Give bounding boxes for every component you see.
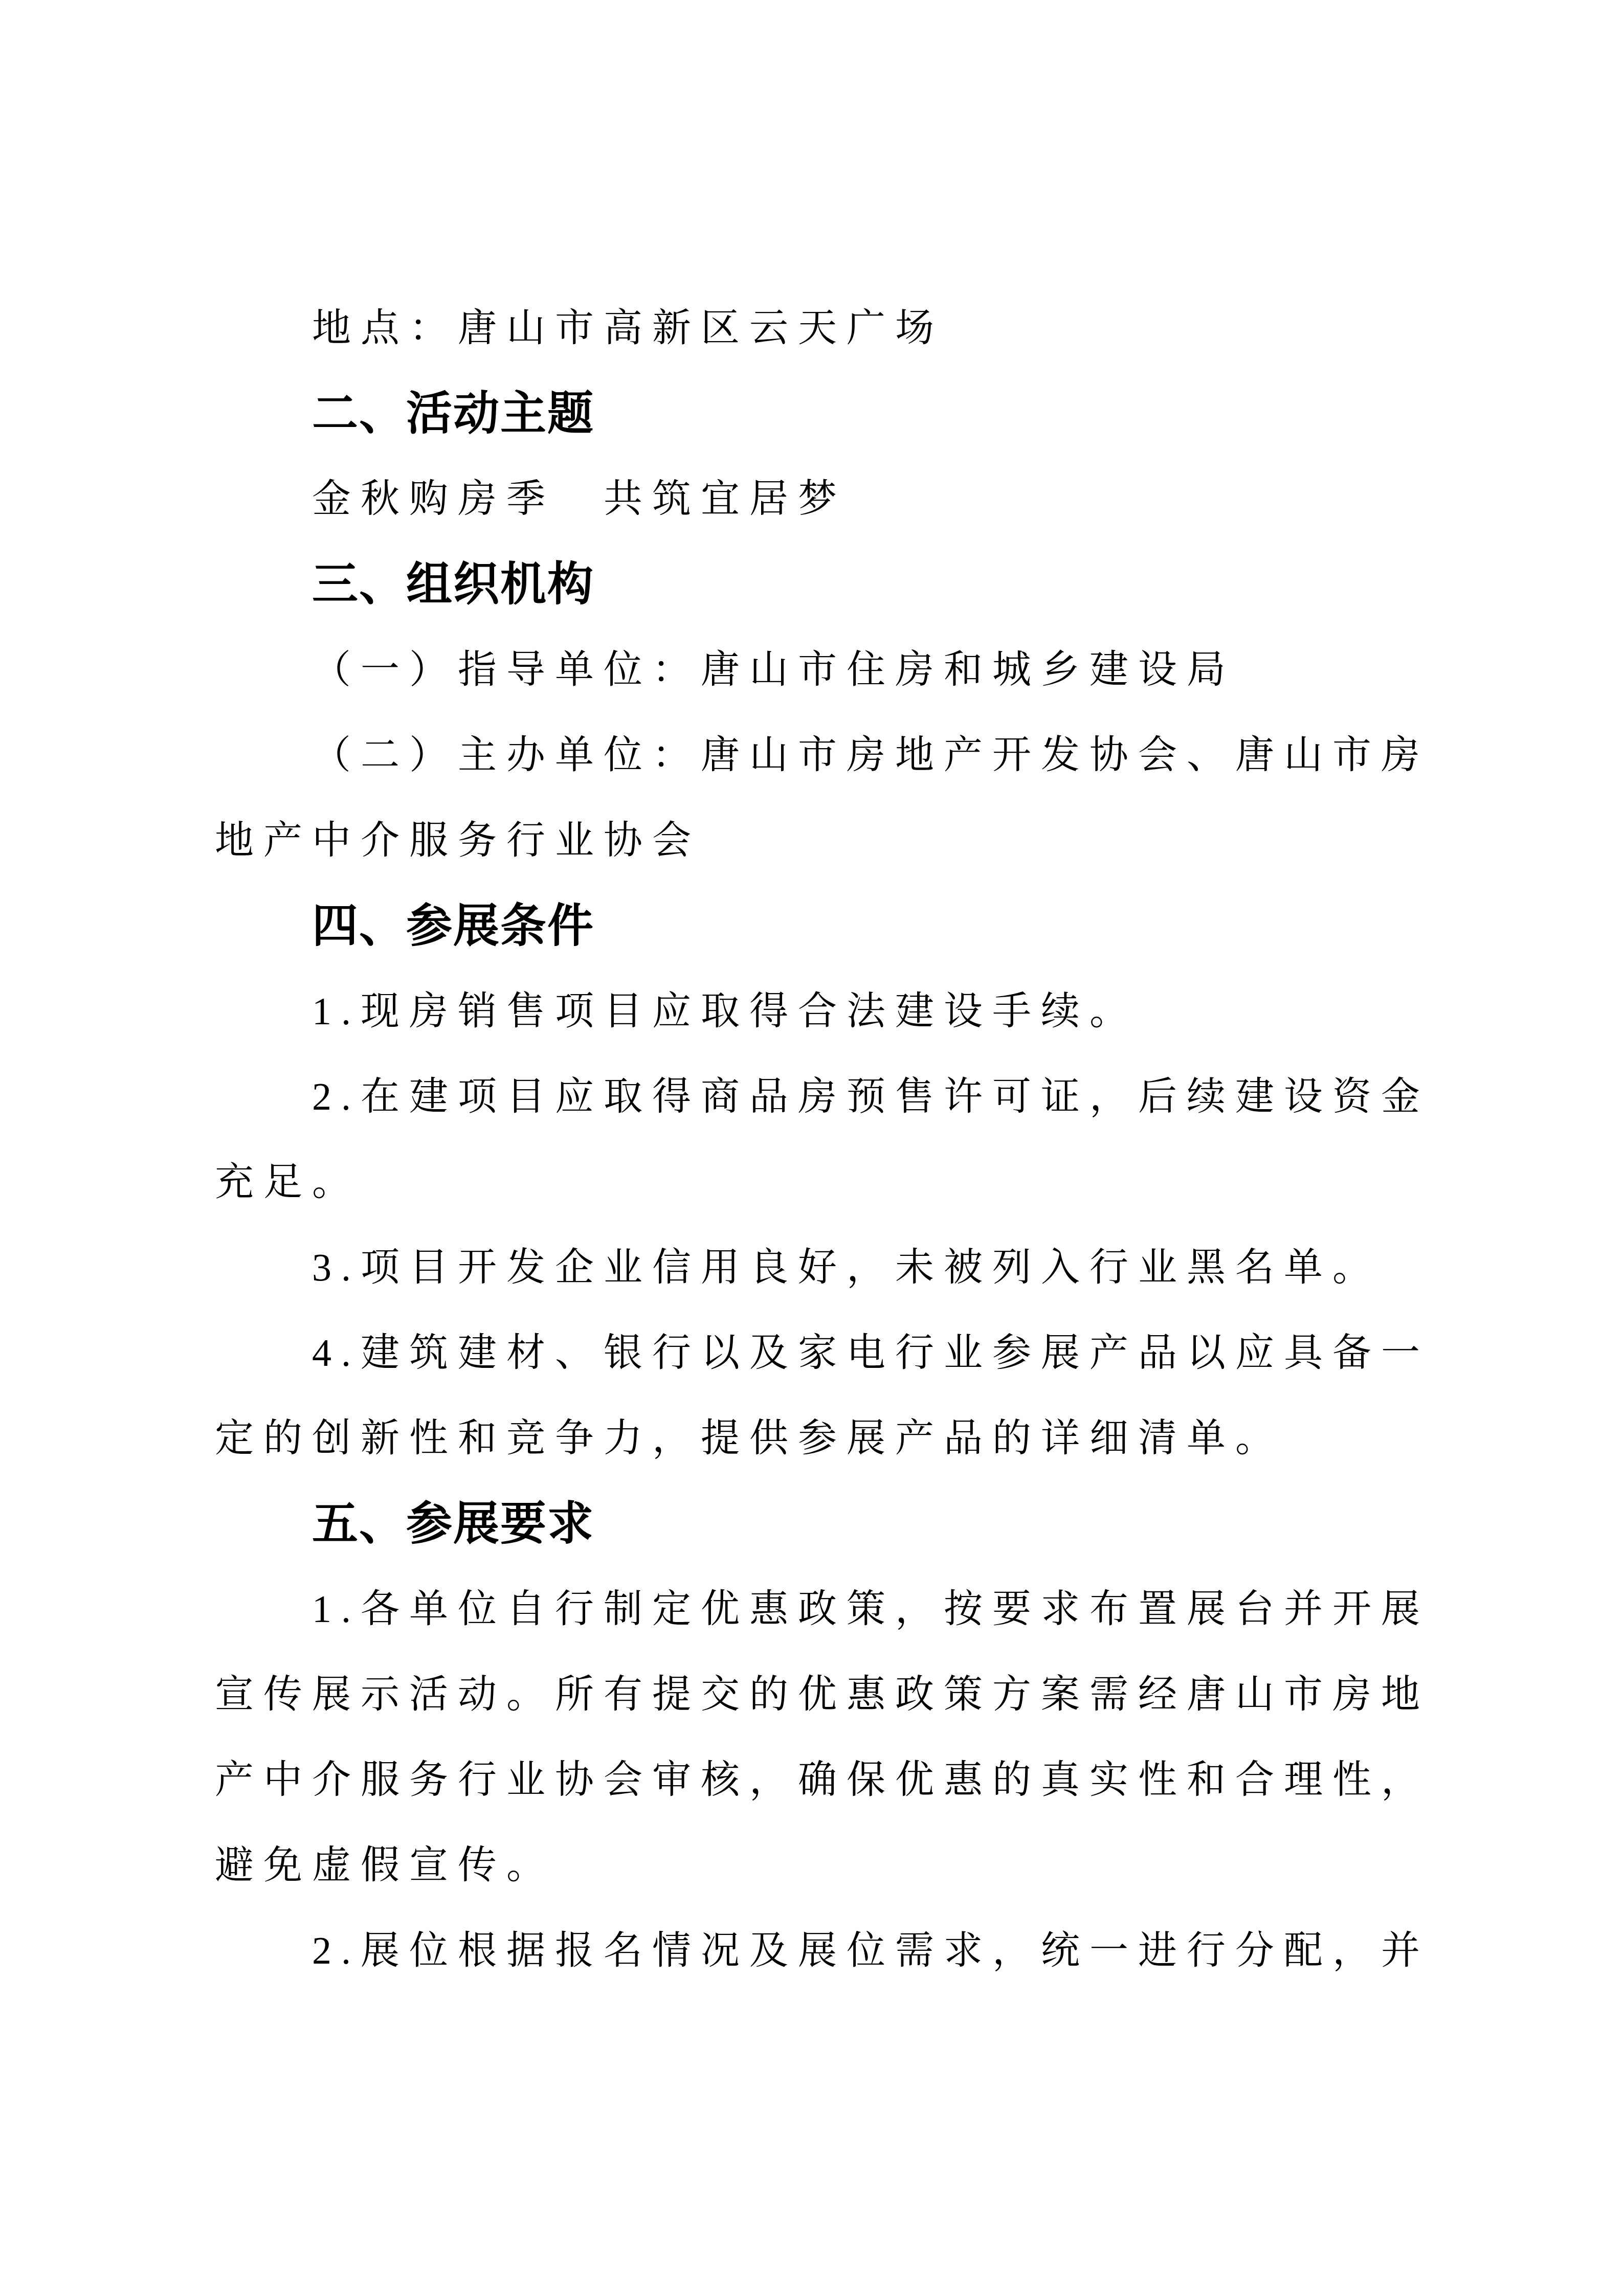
line-condition-1: 1.现房销售项目应取得合法建设手续。 — [215, 969, 1437, 1054]
line-requirement-2: 2.展位根据报名情况及展位需求，统一进行分配，并 — [215, 1908, 1437, 1994]
line-requirement-1-cont1: 宣传展示活动。所有提交的优惠政策方案需经唐山市房地 — [215, 1652, 1437, 1738]
heading-activity-theme: 二、活动主题 — [215, 371, 1437, 457]
line-host-unit: （二）主办单位：唐山市房地产开发协会、唐山市房 — [215, 713, 1437, 798]
line-location: 地点：唐山市高新区云天广场 — [215, 286, 1437, 371]
line-requirement-1-cont2: 产中介服务行业协会审核，确保优惠的真实性和合理性， — [215, 1738, 1437, 1823]
document-body: 地点：唐山市高新区云天广场 二、活动主题 金秋购房季 共筑宜居梦 三、组织机构 … — [215, 286, 1437, 1994]
line-condition-2-cont: 充足。 — [215, 1140, 1437, 1225]
line-theme-slogan: 金秋购房季 共筑宜居梦 — [215, 457, 1437, 542]
line-condition-4: 4.建筑建材、银行以及家电行业参展产品以应具备一 — [215, 1311, 1437, 1396]
line-condition-4-cont: 定的创新性和竞争力，提供参展产品的详细清单。 — [215, 1396, 1437, 1481]
heading-organization: 三、组织机构 — [215, 542, 1437, 627]
heading-exhibit-requirements: 五、参展要求 — [215, 1481, 1437, 1567]
document-page: 地点：唐山市高新区云天广场 二、活动主题 金秋购房季 共筑宜居梦 三、组织机构 … — [0, 0, 1624, 2296]
line-guiding-unit: （一）指导单位：唐山市住房和城乡建设局 — [215, 627, 1437, 713]
line-condition-2: 2.在建项目应取得商品房预售许可证，后续建设资金 — [215, 1054, 1437, 1140]
heading-exhibit-conditions: 四、参展条件 — [215, 884, 1437, 969]
line-condition-3: 3.项目开发企业信用良好，未被列入行业黑名单。 — [215, 1225, 1437, 1311]
line-requirement-1: 1.各单位自行制定优惠政策，按要求布置展台并开展 — [215, 1567, 1437, 1652]
line-host-unit-cont: 地产中介服务行业协会 — [215, 798, 1437, 884]
line-requirement-1-cont3: 避免虚假宣传。 — [215, 1823, 1437, 1908]
